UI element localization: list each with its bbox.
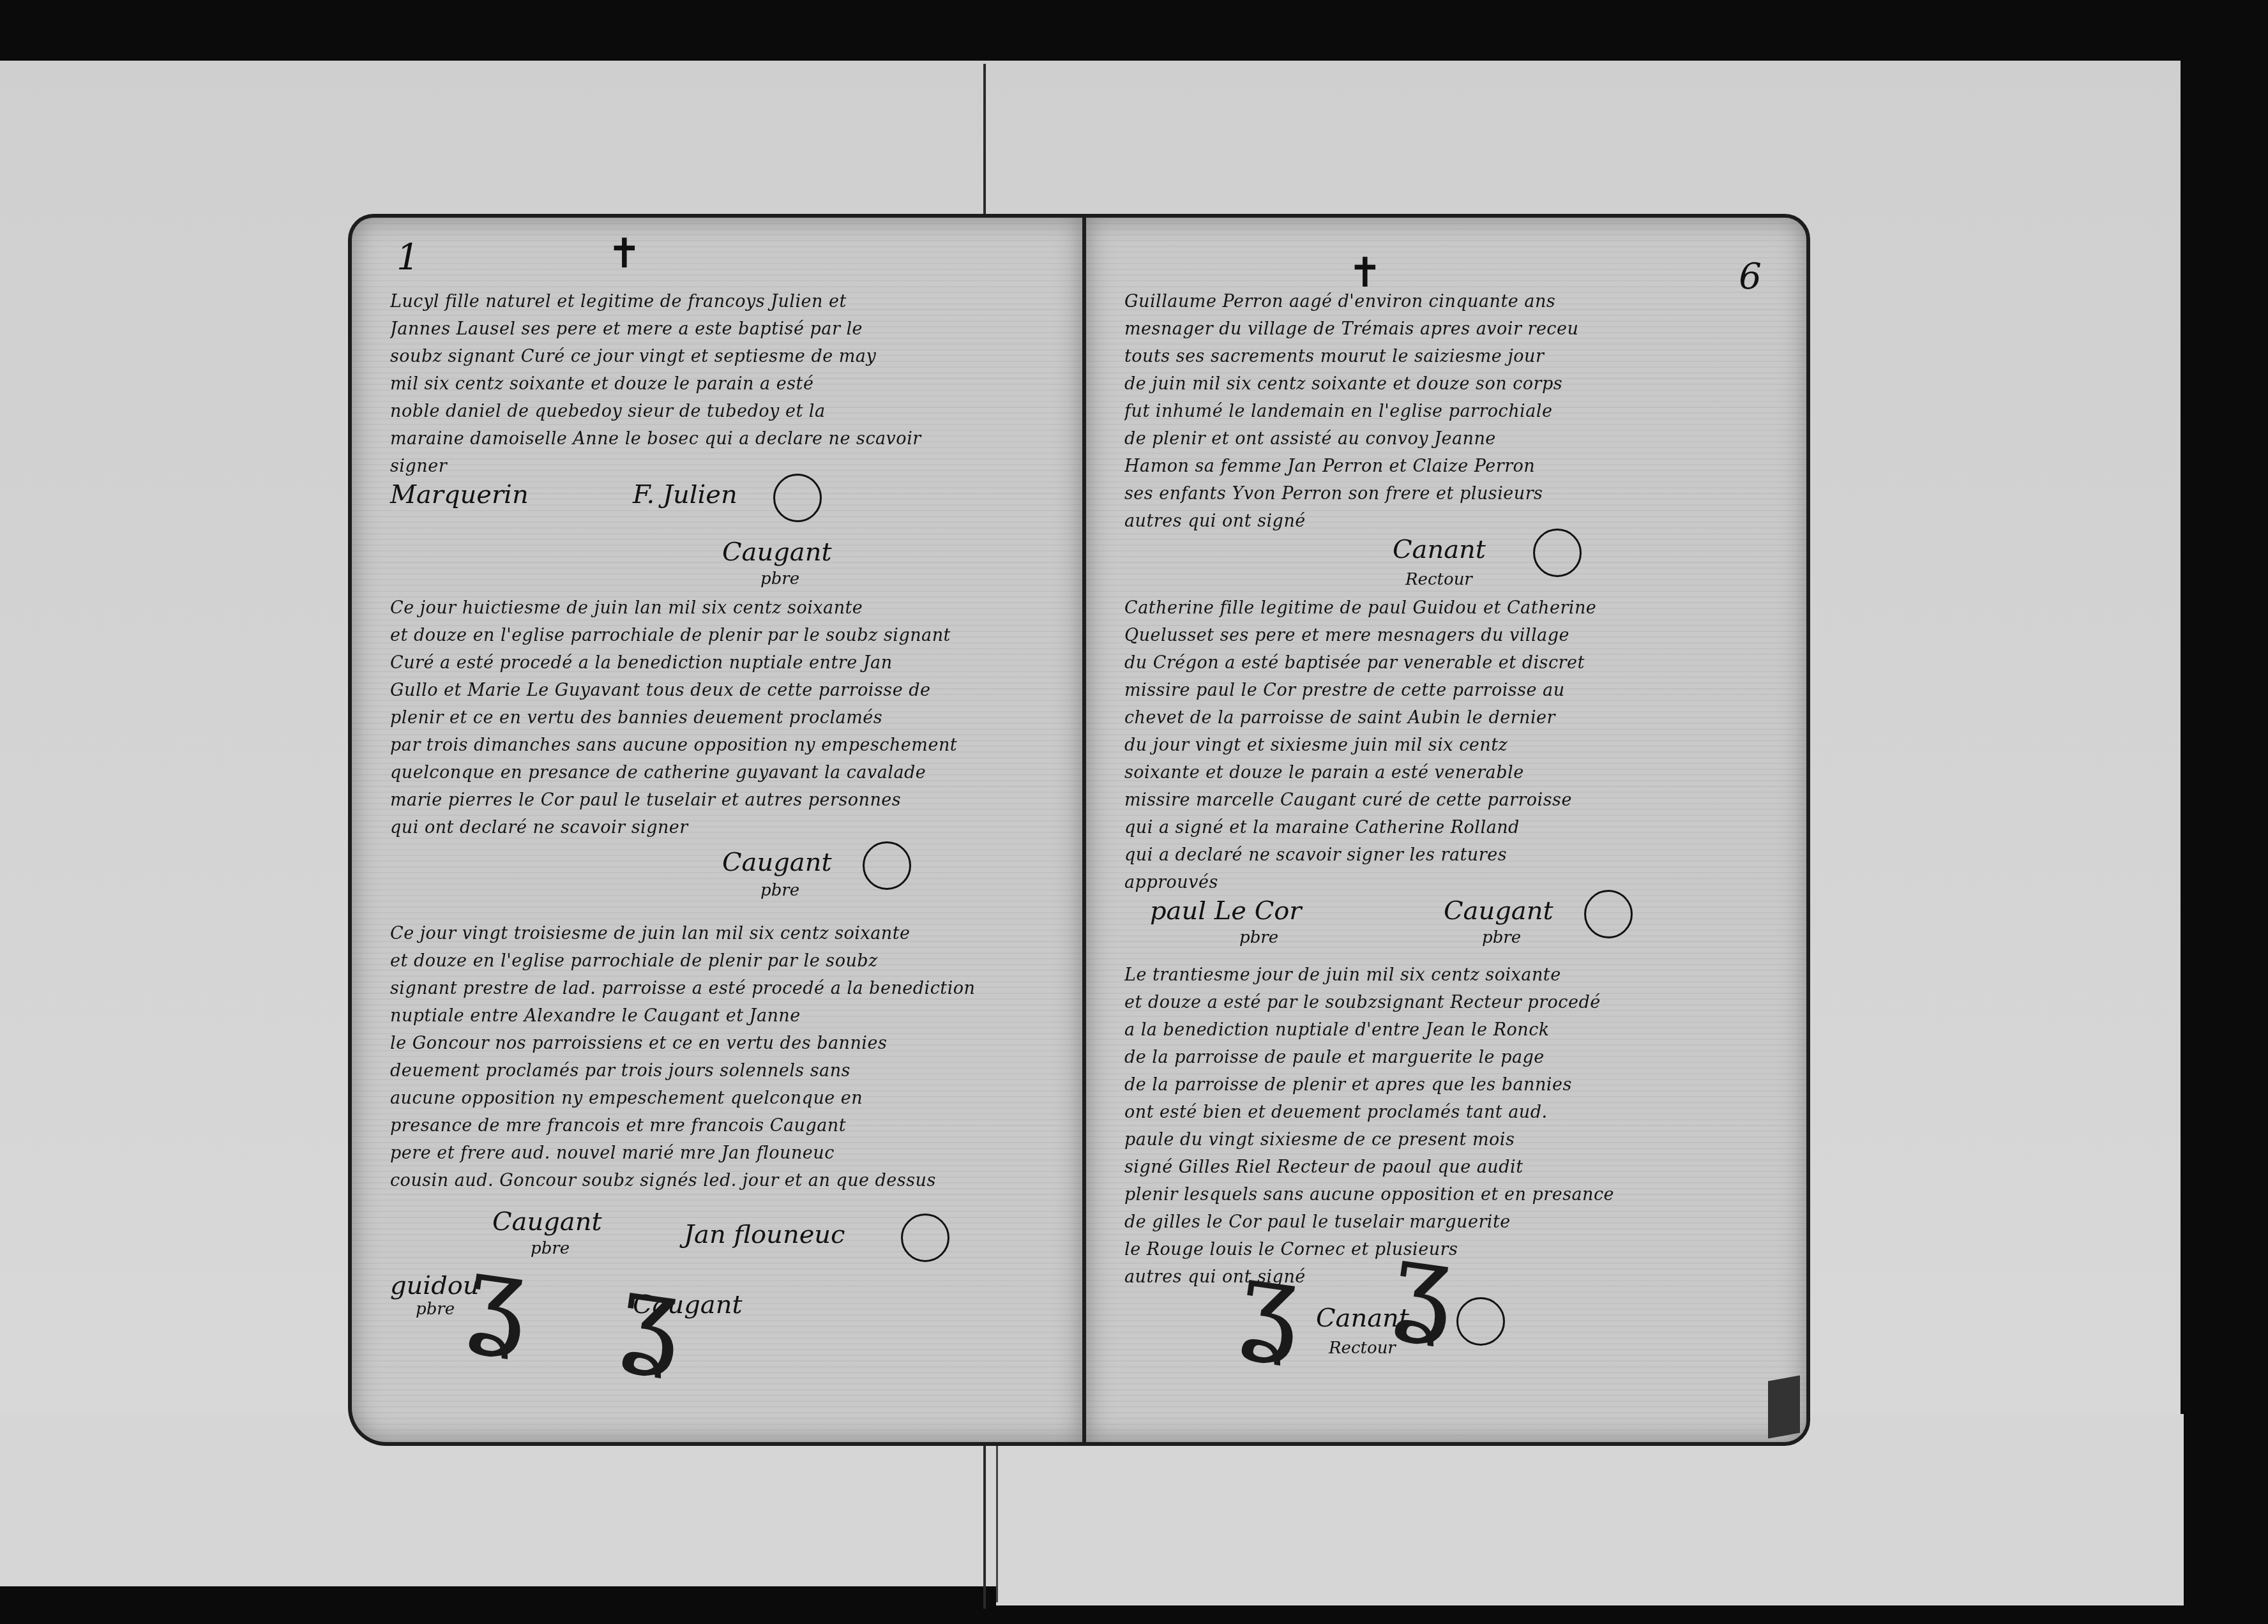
text-line: Gullo et Marie Le Guyavant tous deux de … [390, 677, 1044, 704]
text-line: nuptiale entre Alexandre le Caugant et J… [390, 1002, 1044, 1030]
text-line: fut inhumé le landemain en l'eglise parr… [1124, 398, 1768, 425]
signature: Canant [1393, 535, 1486, 564]
text-line: ses enfants Yvon Perron son frere et plu… [1124, 480, 1768, 507]
text-line: marie pierres le Cor paul le tuselair et… [390, 786, 1044, 814]
cross-icon: ✝ [607, 230, 642, 278]
text-line: Ce jour huictiesme de juin lan mil six c… [390, 594, 1044, 622]
text-line: deuement proclamés par trois jours solen… [390, 1057, 1044, 1085]
signature: F. Julien [633, 480, 737, 509]
text-line: plenir lesquels sans aucune opposition e… [1124, 1181, 1768, 1208]
signature-flourish-icon [1456, 1297, 1505, 1346]
signature-flourish-icon [1533, 529, 1582, 577]
entry-text: Guillaume Perron aagé d'environ cinquant… [1124, 288, 1768, 535]
text-line: Lucyl fille naturel et legitime de franc… [390, 288, 1044, 315]
text-line: missire marcelle Caugant curé de cette p… [1124, 786, 1768, 814]
signature: Caugant [1444, 896, 1554, 926]
text-line: soubz signant Curé ce jour vingt et sept… [390, 343, 1044, 370]
text-line: le Goncour nos parroissiens et ce en ver… [390, 1030, 1044, 1057]
signature-role: pbre [531, 1239, 570, 1258]
text-line: paule du vingt sixiesme de ce present mo… [1124, 1126, 1768, 1154]
signature-flourish-icon [773, 474, 822, 522]
text-line: presance de mre francois et mre francois… [390, 1112, 1044, 1139]
right-page: 6 ✝ Guillaume Perron aagé d'environ cinq… [1082, 214, 1810, 1446]
entry-text: Catherine fille legitime de paul Guidou … [1124, 594, 1768, 896]
entry-baptism-catherine: Catherine fille legitime de paul Guidou … [1124, 594, 1768, 954]
text-line: par trois dimanches sans aucune oppositi… [390, 732, 1044, 759]
text-line: Catherine fille legitime de paul Guidou … [1124, 594, 1768, 622]
text-line: Curé a esté procedé a la benediction nup… [390, 649, 1044, 677]
text-line: noble daniel de quebedoy sieur de tubedo… [390, 398, 1044, 425]
text-line: ont esté bien et deuement proclamés tant… [1124, 1099, 1768, 1126]
text-line: du jour vingt et sixiesme juin mil six c… [1124, 732, 1768, 759]
text-line: missire paul le Cor prestre de cette par… [1124, 677, 1768, 704]
signature-role: pbre [760, 881, 799, 900]
entry-text: Ce jour huictiesme de juin lan mil six c… [390, 594, 1044, 841]
text-line: Ce jour vingt troisiesme de juin lan mil… [390, 920, 1044, 947]
text-line: aucune opposition ny empeschement quelco… [390, 1085, 1044, 1112]
entry-baptism-lucyl: Lucyl fille naturel et legitime de franc… [390, 288, 1044, 576]
text-line: du Crégon a esté baptisée par venerable … [1124, 649, 1768, 677]
text-line: quelconque en presance de catherine guya… [390, 759, 1044, 786]
entry-text: Ce jour vingt troisiesme de juin lan mil… [390, 920, 1044, 1194]
left-page: 1 ✝ Lucyl fille naturel et legitime de f… [348, 214, 1084, 1446]
text-line: Guillaume Perron aagé d'environ cinquant… [1124, 288, 1768, 315]
text-line: et douze a esté par le soubzsignant Rect… [1124, 989, 1768, 1016]
signature-role: pbre [416, 1300, 455, 1319]
register-spread: 1 ✝ Lucyl fille naturel et legitime de f… [348, 214, 1810, 1446]
signature-block: Marquerin F. Julien Caugant pbre [390, 480, 1044, 576]
signature: paul Le Cor [1150, 896, 1301, 926]
entry-burial-perron: Guillaume Perron aagé d'environ cinquant… [1124, 288, 1768, 599]
signature-flourish-icon [863, 841, 911, 890]
text-line: qui a signé et la maraine Catherine Roll… [1124, 814, 1768, 841]
signature: Marquerin [390, 480, 529, 509]
signature-flourish-icon [901, 1214, 949, 1262]
entry-text: Lucyl fille naturel et legitime de franc… [390, 288, 1044, 480]
signature-role: Rectour [1405, 570, 1472, 589]
text-line: Hamon sa femme Jan Perron et Claize Perr… [1124, 453, 1768, 480]
text-line: et douze en l'eglise parrochiale de plen… [390, 947, 1044, 975]
signature-role: pbre [1482, 928, 1521, 947]
text-line: qui a declaré ne scavoir signer les ratu… [1124, 841, 1768, 869]
text-line: et douze en l'eglise parrochiale de plen… [390, 622, 1044, 649]
text-line: cousin aud. Goncour soubz signés led. jo… [390, 1167, 1044, 1194]
text-line: mil six centz soixante et douze le parai… [390, 370, 1044, 398]
signature-block: Canant Rectour [1124, 535, 1768, 599]
text-line: mesnager du village de Trémais apres avo… [1124, 315, 1768, 343]
text-line: Le trantiesme jour de juin mil six centz… [1124, 961, 1768, 989]
signature: Jan flouneuc [684, 1220, 845, 1249]
text-line: Quelusset ses pere et mere mesnagers du … [1124, 622, 1768, 649]
signature-flourish-icon [1584, 890, 1633, 938]
text-line: signant prestre de lad. parroisse a esté… [390, 975, 1044, 1002]
text-line: de juin mil six centz soixante et douze … [1124, 370, 1768, 398]
text-line: a la benediction nuptiale d'entre Jean l… [1124, 1016, 1768, 1044]
text-line: pere et frere aud. nouvel marié mre Jan … [390, 1139, 1044, 1167]
text-line: chevet de la parroisse de saint Aubin le… [1124, 704, 1768, 732]
text-line: plenir et ce en vertu des bannies deueme… [390, 704, 1044, 732]
signature: Caugant [722, 848, 832, 877]
text-line: maraine damoiselle Anne le bosec qui a d… [390, 425, 1044, 453]
text-line: signé Gilles Riel Recteur de paoul que a… [1124, 1154, 1768, 1181]
text-line: qui ont declaré ne scavoir signer [390, 814, 1044, 841]
text-line: touts ses sacrements mourut le saiziesme… [1124, 343, 1768, 370]
text-line: de plenir et ont assisté au convoy Jeann… [1124, 425, 1768, 453]
folio-mark: 1 [397, 237, 420, 278]
entry-marriage-gullo: Ce jour huictiesme de juin lan mil six c… [390, 594, 1044, 912]
page-corner-tab [1768, 1376, 1800, 1439]
text-line: signer [390, 453, 1044, 480]
text-line: autres qui ont signé [1124, 507, 1768, 535]
signature-block: paul Le Cor pbre Caugant pbre [1124, 896, 1768, 954]
text-line: de la parroisse de paule et marguerite l… [1124, 1044, 1768, 1071]
text-line: soixante et douze le parain a esté vener… [1124, 759, 1768, 786]
text-line: Jannes Lausel ses pere et mere a este ba… [390, 315, 1044, 343]
signature: Caugant [492, 1207, 602, 1237]
text-line: de la parroisse de plenir et apres que l… [1124, 1071, 1768, 1099]
signature-role: pbre [1239, 928, 1278, 947]
text-line: approuvés [1124, 869, 1768, 896]
signature: Caugant [722, 538, 832, 567]
signature-role: pbre [760, 569, 799, 589]
signature-block: Caugant pbre [390, 841, 1044, 912]
